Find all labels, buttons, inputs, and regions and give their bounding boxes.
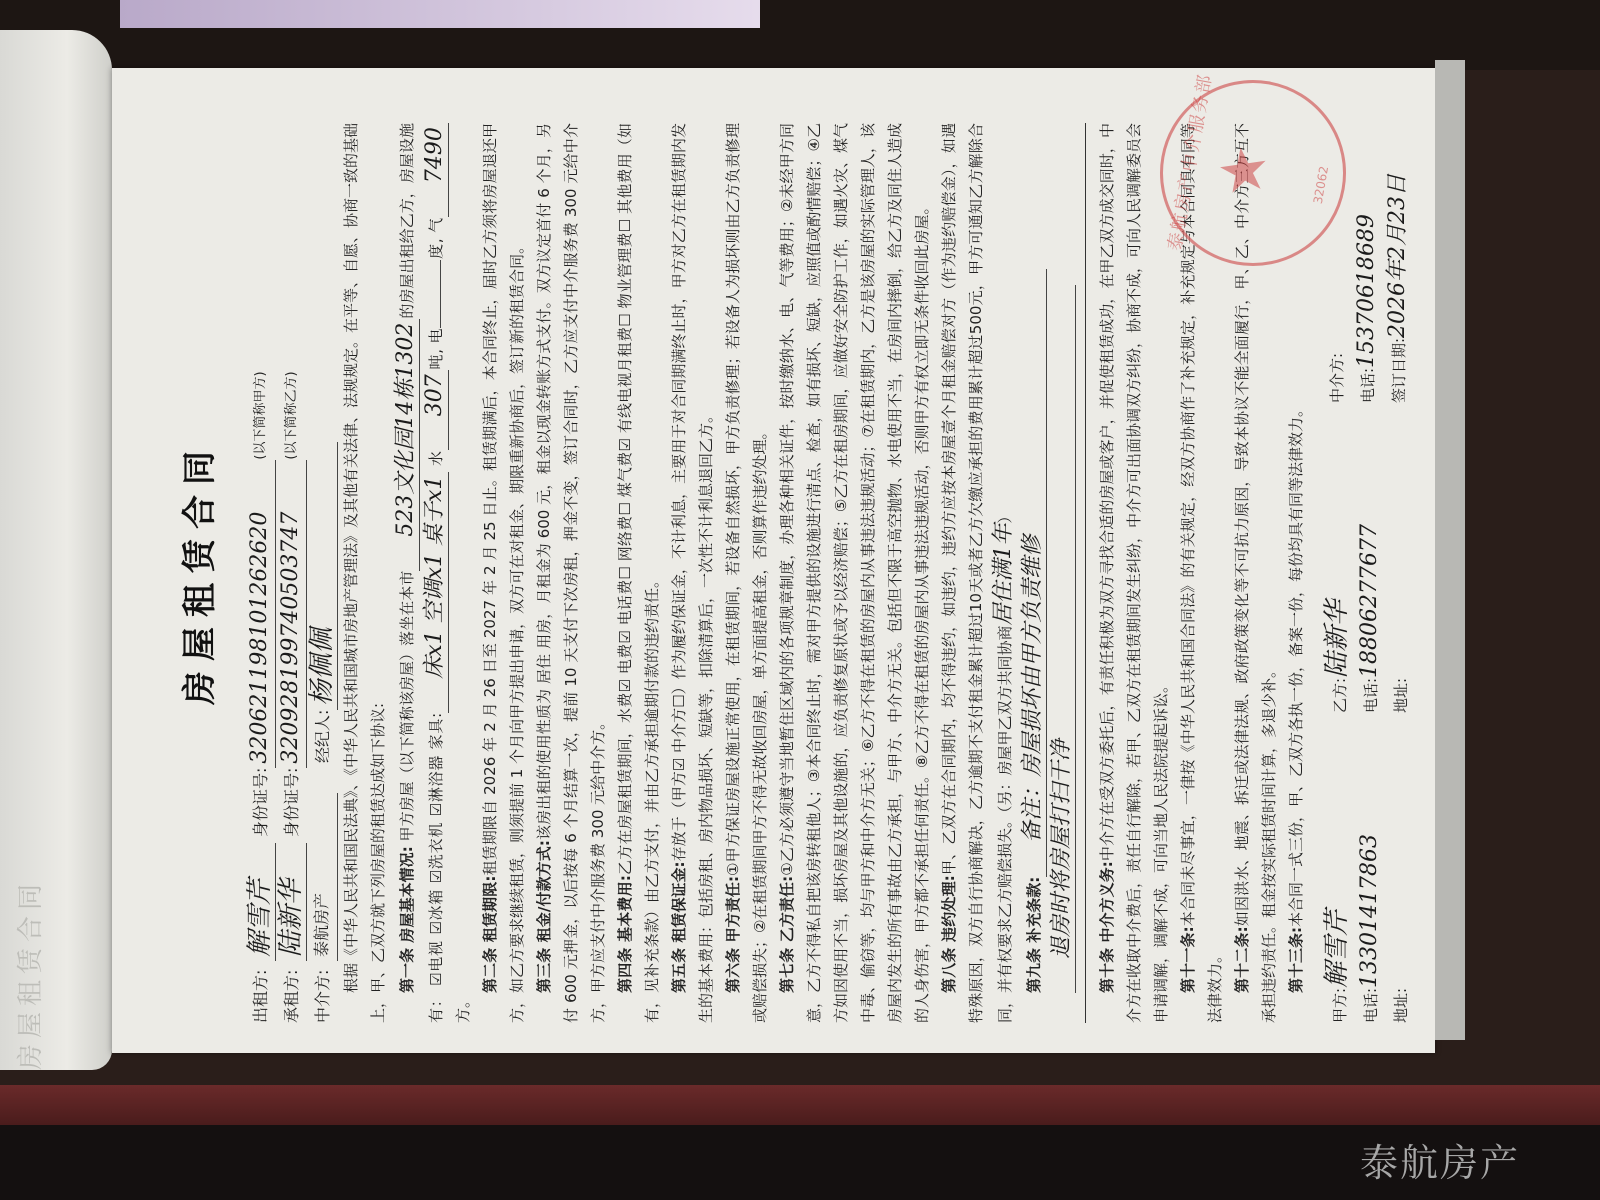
preamble: 根据《中华人民共和国民法典》、《中华人民共和国城市房地产管理法》及其他有关法律、… (338, 123, 392, 1023)
agent-phone: 15370618689 (1354, 214, 1379, 368)
clause-10: 第十条 中介方义务:中介方在受双方委托后，有责任积极为双方寻找合适的房屋或客户，… (1094, 123, 1175, 1023)
signature-block: 甲方:解雪芹 电话:13301417863 地址: 乙方:陆新华 电话:1880… (1322, 123, 1416, 1023)
handwritten-note: 居住满1年 (991, 523, 1016, 625)
divider (1085, 123, 1086, 1023)
supplement-line-1: 备注：房屋损坏由甲方负责维修 (1019, 269, 1047, 877)
clause-2: 第二条 租赁期限:租赁期限自 2026 年 2 月 26 日至 2027 年 2… (477, 123, 531, 1023)
party-a-name: 解雪芹 (1322, 910, 1352, 988)
furniture-list: 床x1 空调x1 桌子x1 (421, 472, 449, 713)
party-a-signature: 甲方:解雪芹 电话:13301417863 地址: (1322, 743, 1416, 1023)
clause-7: 第七条 乙方责任:①乙方必须遵守当地暂住区域内的各项规章制度，办理各种相关证件，… (774, 123, 936, 1023)
clause-6: 第六条 甲方责任:①甲方保证房屋设施正常使用，在租赁期间，若设备自然损坏，甲方负… (720, 123, 774, 1023)
party-b-name: 陆新华 (1322, 600, 1352, 678)
lessee-name: 陆新华 (276, 843, 307, 961)
previous-page-curl: 房屋租赁合同 (0, 30, 112, 1070)
water-meter: 307 (421, 370, 449, 450)
lessee-id: 320928199740503747 (276, 460, 307, 768)
table-edge (0, 1085, 1600, 1125)
lessor-name: 解雪芹 (245, 843, 276, 961)
party-a-phone: 13301417863 (1357, 834, 1382, 988)
lessor-id: 320621198101262620 (245, 460, 276, 768)
property-address: 523文化园14栋1302 (392, 319, 420, 571)
signing-date: 2026年2月23日 (1385, 174, 1410, 338)
agent-name: 泰航房产 (307, 793, 338, 961)
faint-mirrored-title: 房屋租赁合同 (10, 70, 47, 1070)
clause-1: 第一条 房屋基本情况: 甲方房屋（以下简称该房屋）落坐在本市523文化园14栋1… (392, 123, 477, 1023)
supplement-line-2: 退房时将房屋打扫干净 (1048, 285, 1076, 993)
clause-5: 第五条 租赁保证金:存放于（甲方☑ 中介方☐）作为履约保证金，不计利息，主要用于… (666, 123, 720, 1023)
contract-title: 房屋租赁合同 (172, 123, 221, 1023)
party-b-signature: 乙方:陆新华 电话:18806277677 地址: (1322, 433, 1416, 713)
clause-9-line2: 退房时将房屋打扫干净 (1048, 123, 1077, 1023)
party-b-phone: 18806277677 (1357, 524, 1382, 678)
clause-8: 第八条 违约处理:甲、乙双方在合同期内，均不得违约，如违约，违约方应按本房屋壹个… (936, 123, 1019, 1023)
gas-meter: 7490 (421, 123, 449, 217)
clause-4: 第四条 基本费用:乙方在房屋租赁期间，水费☑ 电费☑ 电话费☐ 网络费☐ 煤气费… (612, 123, 666, 1023)
broker-name: 杨佩佩 (307, 442, 338, 710)
clause-9: 第九条 补充条款:备注：房屋损坏由甲方负责维修 (1019, 123, 1048, 1023)
background-object (120, 0, 760, 28)
agent-row: 中介方: 泰航房产 经纪人: 杨佩佩 (307, 123, 338, 1023)
lessee-row: 承租方: 陆新华 身份证号: 320928199740503747 (以下简称乙… (276, 123, 307, 1023)
lessor-row: 出租方: 解雪芹 身份证号: 320621198101262620 (以下简称甲… (245, 123, 276, 1023)
watermark: 泰航房产 (1360, 1132, 1520, 1187)
clause-3: 第三条 租金/付款方式:该房出租的使用性质为 居住 用房，月租金为 600 元，… (531, 123, 612, 1023)
page-stack-edge (1435, 60, 1465, 1040)
